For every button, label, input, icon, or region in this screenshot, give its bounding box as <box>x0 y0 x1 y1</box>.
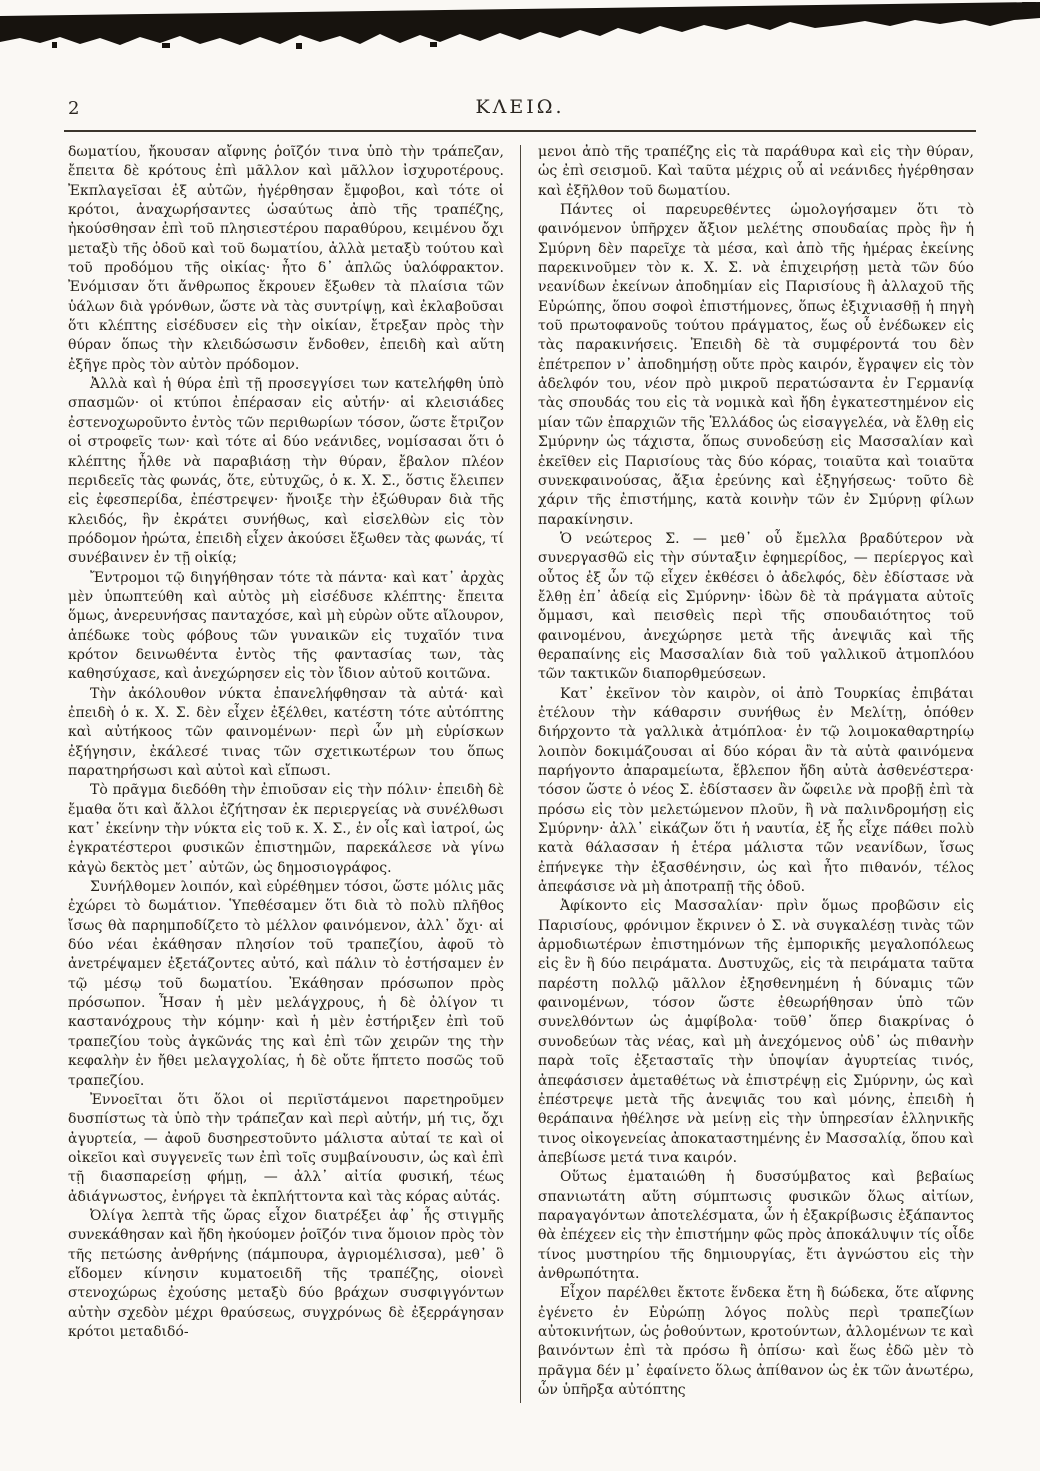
scanned-newspaper-page: 2 ΚΛΕΙΩ. δωματίου, ἤκουσαν αἴφνης ῥοῖζόν… <box>0 0 1040 1471</box>
paragraph: Κατ᾽ ἐκεῖνον τὸν καιρὸν, οἱ ἀπὸ Τουρκίας… <box>538 685 974 898</box>
scan-artifact-shape <box>0 0 1040 52</box>
paragraph: Ἀλλὰ καὶ ἡ θύρα ἐπὶ τῇ προσεγγίσει των κ… <box>68 375 504 568</box>
paragraph: Τὴν ἀκόλουθον νύκτα ἐπανελήφθησαν τὰ αὐτ… <box>68 685 504 782</box>
left-column: δωματίου, ἤκουσαν αἴφνης ῥοῖζόν τινα ὑπὸ… <box>68 143 504 1405</box>
paragraph: Ἐννοεῖται ὅτι ὅλοι οἱ περιϊστάμενοι παρε… <box>68 1091 504 1207</box>
running-head: 2 ΚΛΕΙΩ. <box>64 96 976 124</box>
paragraph: Ἔντρομοι τῷ διηγήθησαν τότε τὰ πάντα· κα… <box>68 569 504 685</box>
paragraph: Τὸ πρᾶγμα διεδόθη τὴν ἐπιοῦσαν εἰς τὴν π… <box>68 781 504 878</box>
scan-artifact-band <box>0 0 1040 52</box>
column-divider-rule <box>520 145 521 1403</box>
header-rule <box>64 130 976 132</box>
paragraph: μενοι ἀπὸ τῆς τραπέζης εἰς τὰ παράθυρα κ… <box>538 143 974 201</box>
paragraph: Ὁ νεώτερος Σ. — μεθ᾽ οὗ ἔμελλα βραδύτερο… <box>538 530 974 685</box>
paragraph: Εἶχον παρέλθει ἔκτοτε ἕνδεκα ἔτη ἢ δώδεκ… <box>538 1284 974 1400</box>
paragraph: Πάντες οἱ παρευρεθέντες ὡμολογήσαμεν ὅτι… <box>538 201 974 530</box>
paragraph: Οὕτως ἐματαιώθη ἡ δυσσύμβατος καὶ βεβαίω… <box>538 1168 974 1284</box>
paragraph: Ὀλίγα λεπτὰ τῆς ὥρας εἶχον διατρέξει ἀφ᾽… <box>68 1207 504 1342</box>
masthead-title: ΚΛΕΙΩ. <box>64 96 976 118</box>
paragraph: Ἀφίκοντο εἰς Μασσαλίαν· πρὶν ὅμως προβῶσ… <box>538 897 974 1168</box>
article-text-block: δωματίου, ἤκουσαν αἴφνης ῥοῖζόν τινα ὑπὸ… <box>68 143 974 1405</box>
right-column: μενοι ἀπὸ τῆς τραπέζης εἰς τὰ παράθυρα κ… <box>538 143 974 1405</box>
paragraph: δωματίου, ἤκουσαν αἴφνης ῥοῖζόν τινα ὑπὸ… <box>68 143 504 375</box>
paragraph: Συνήλθομεν λοιπόν, καὶ εὑρέθημεν τόσοι, … <box>68 878 504 1091</box>
